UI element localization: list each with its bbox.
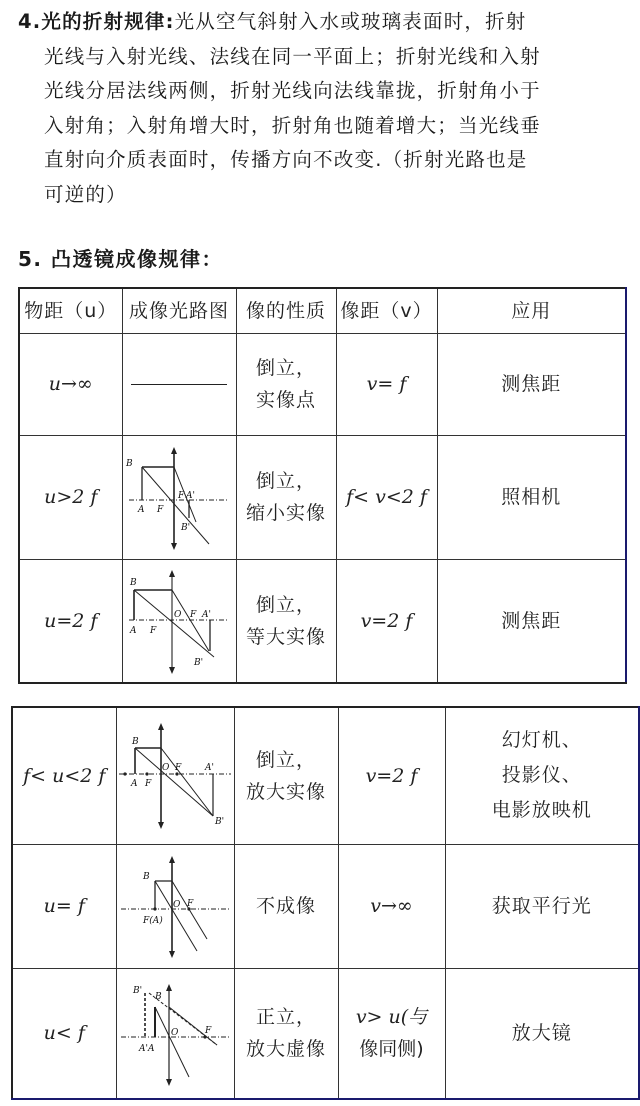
svg-text:A: A [137,505,145,515]
convex-lens-table-part2: f< u<2 f B A F O F A' B' 倒立，放大实像 [11,706,640,1100]
table-row: f< u<2 f B A F O F A' B' 倒立，放大实像 [12,707,639,844]
table-header-row: 物距（u） 成像光路图 像的性质 像距（v） 应用 [19,288,626,333]
svg-text:A': A' [201,610,211,620]
svg-text:A': A' [185,491,195,501]
application-cell: 测焦距 [437,559,626,683]
image-nature-cell: 倒立，放大实像 [234,707,338,844]
application-cell: 获取平行光 [445,844,639,968]
svg-text:F: F [174,763,182,773]
svg-text:A: A [130,779,138,789]
object-distance-cell: u=2 f [19,559,122,683]
image-nature-cell: 倒立，缩小实像 [236,435,336,559]
svg-text:A'A: A'A [138,1044,155,1054]
application-cell: 测焦距 [437,333,626,435]
object-distance-cell: u→∞ [19,333,122,435]
paragraph-line: 光线分居法线两侧，折射光线向法线靠拢，折射角小于 [18,74,638,109]
application-cell: 放大镜 [445,968,639,1099]
svg-text:F: F [189,610,197,620]
ray-diagram-cell: B A F O F A' B' [116,707,234,844]
svg-text:B: B [125,459,133,469]
ray-diagram-cell: B A F O F A' B' [122,559,236,683]
svg-text:O: O [174,610,182,620]
svg-text:B: B [129,578,137,588]
svg-text:O: O [171,1028,179,1038]
object-distance-cell: f< u<2 f [12,707,116,844]
header-image-distance: 像距（v） [336,288,437,333]
svg-text:A: A [129,626,137,636]
application-cell: 幻灯机、投影仪、电影放映机 [445,707,639,844]
paragraph-line: 光线与入射光线、法线在同一平面上；折射光线和入射 [18,40,638,75]
svg-text:B': B' [193,658,203,668]
image-nature-cell: 倒立，实像点 [236,333,336,435]
paragraph-line: 4.光的折射规律:光从空气斜射入水或玻璃表面时，折射 [18,5,638,40]
section-number: 4. [18,10,41,33]
application-cell: 照相机 [437,435,626,559]
ray-diagram-cell [122,333,236,435]
header-ray-diagram: 成像光路图 [122,288,236,333]
image-nature-cell: 倒立，等大实像 [236,559,336,683]
table-row: u=2 f B A F O F A' B' 倒立，等大实像 v=2 f [19,559,626,683]
table-row: u< f B' B O F A'A 正立，放大虚像 v> u(与像同侧) 放大镜 [12,968,639,1099]
svg-text:F(A): F(A) [142,915,163,926]
svg-text:B': B' [180,523,190,533]
ray-diagram-u-lt-f: B' B O F A'A [117,977,233,1089]
object-distance-cell: u< f [12,968,116,1099]
svg-text:O: O [162,763,170,773]
svg-text:F: F [144,779,152,789]
image-nature-cell: 不成像 [234,844,338,968]
object-distance-cell: u= f [12,844,116,968]
svg-text:F: F [186,899,194,909]
refraction-law-paragraph: 4.光的折射规律:光从空气斜射入水或玻璃表面时，折射 光线与入射光线、法线在同一… [18,5,638,212]
image-distance-cell: f< v<2 f [336,435,437,559]
paragraph-line: 直射向介质表面时，传播方向不改变.（折射光路也是 [18,143,638,178]
svg-text:F: F [156,505,164,515]
svg-text:O: O [173,900,181,910]
image-distance-cell: v→∞ [338,844,445,968]
image-distance-cell: v= f [336,333,437,435]
ray-diagram-cell: B A F F A' B' [122,435,236,559]
ray-diagram-u-eq-f: B O F F(A) [117,851,233,961]
svg-text:B: B [131,737,139,747]
svg-text:B': B' [132,986,142,996]
ray-diagram-cell: B O F F(A) [116,844,234,968]
object-distance-cell: u>2 f [19,435,122,559]
paragraph-line: 入射角；入射角增大时，折射角也随着增大；当光线垂 [18,109,638,144]
svg-text:F: F [149,626,157,636]
section-title: 光的折射规律 [41,10,165,33]
table-row: u→∞ 倒立，实像点 v= f 测焦距 [19,333,626,435]
svg-text:B': B' [214,817,224,827]
svg-text:B: B [154,992,162,1002]
ray-diagram-u-gt-2f: B A F F A' B' [124,442,234,552]
ray-diagram-f-lt-u-lt-2f: B A F O F A' B' [117,718,233,834]
svg-text:A': A' [204,763,214,773]
image-distance-cell: v> u(与像同侧) [338,968,445,1099]
table-row: u= f B O F F(A) 不成像 v→∞ 获取平行光 [12,844,639,968]
svg-text:F: F [204,1026,212,1036]
header-image-nature: 像的性质 [236,288,336,333]
convex-lens-heading: 5. 凸透镜成像规律： [18,243,223,272]
svg-text:F: F [177,491,185,501]
svg-text:B: B [142,872,150,882]
image-nature-cell: 正立，放大虚像 [234,968,338,1099]
ray-diagram-cell: B' B O F A'A [116,968,234,1099]
dash-line [131,384,227,385]
image-distance-cell: v=2 f [336,559,437,683]
paragraph-line: 可逆的） [18,178,638,213]
header-application: 应用 [437,288,626,333]
header-object-distance: 物距（u） [19,288,122,333]
image-distance-cell: v=2 f [338,707,445,844]
convex-lens-table-part1: 物距（u） 成像光路图 像的性质 像距（v） 应用 u→∞ 倒立，实像点 v= … [18,287,627,684]
table-row: u>2 f B A F F A' B' 倒立，缩小实像 f< v<2 f 照相机 [19,435,626,559]
ray-diagram-u-eq-2f: B A F O F A' B' [124,565,234,677]
